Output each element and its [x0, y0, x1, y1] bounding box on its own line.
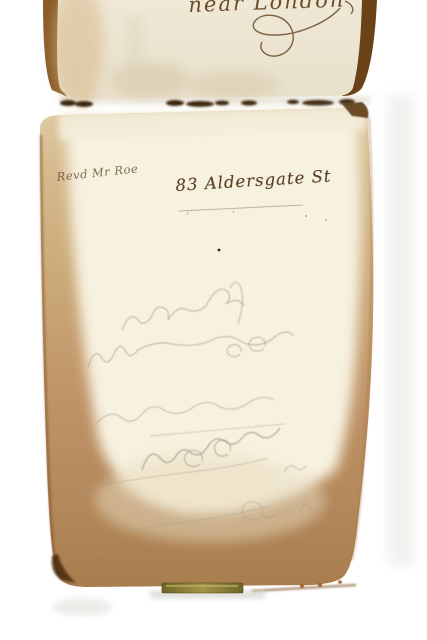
notebook-photo: near London Revd Mr Roe 83 Aldersgate St — [0, 0, 427, 640]
lower-page — [40, 102, 373, 591]
ink-speck — [218, 249, 221, 252]
top-page — [43, 0, 377, 107]
notebook-artwork — [0, 0, 427, 640]
